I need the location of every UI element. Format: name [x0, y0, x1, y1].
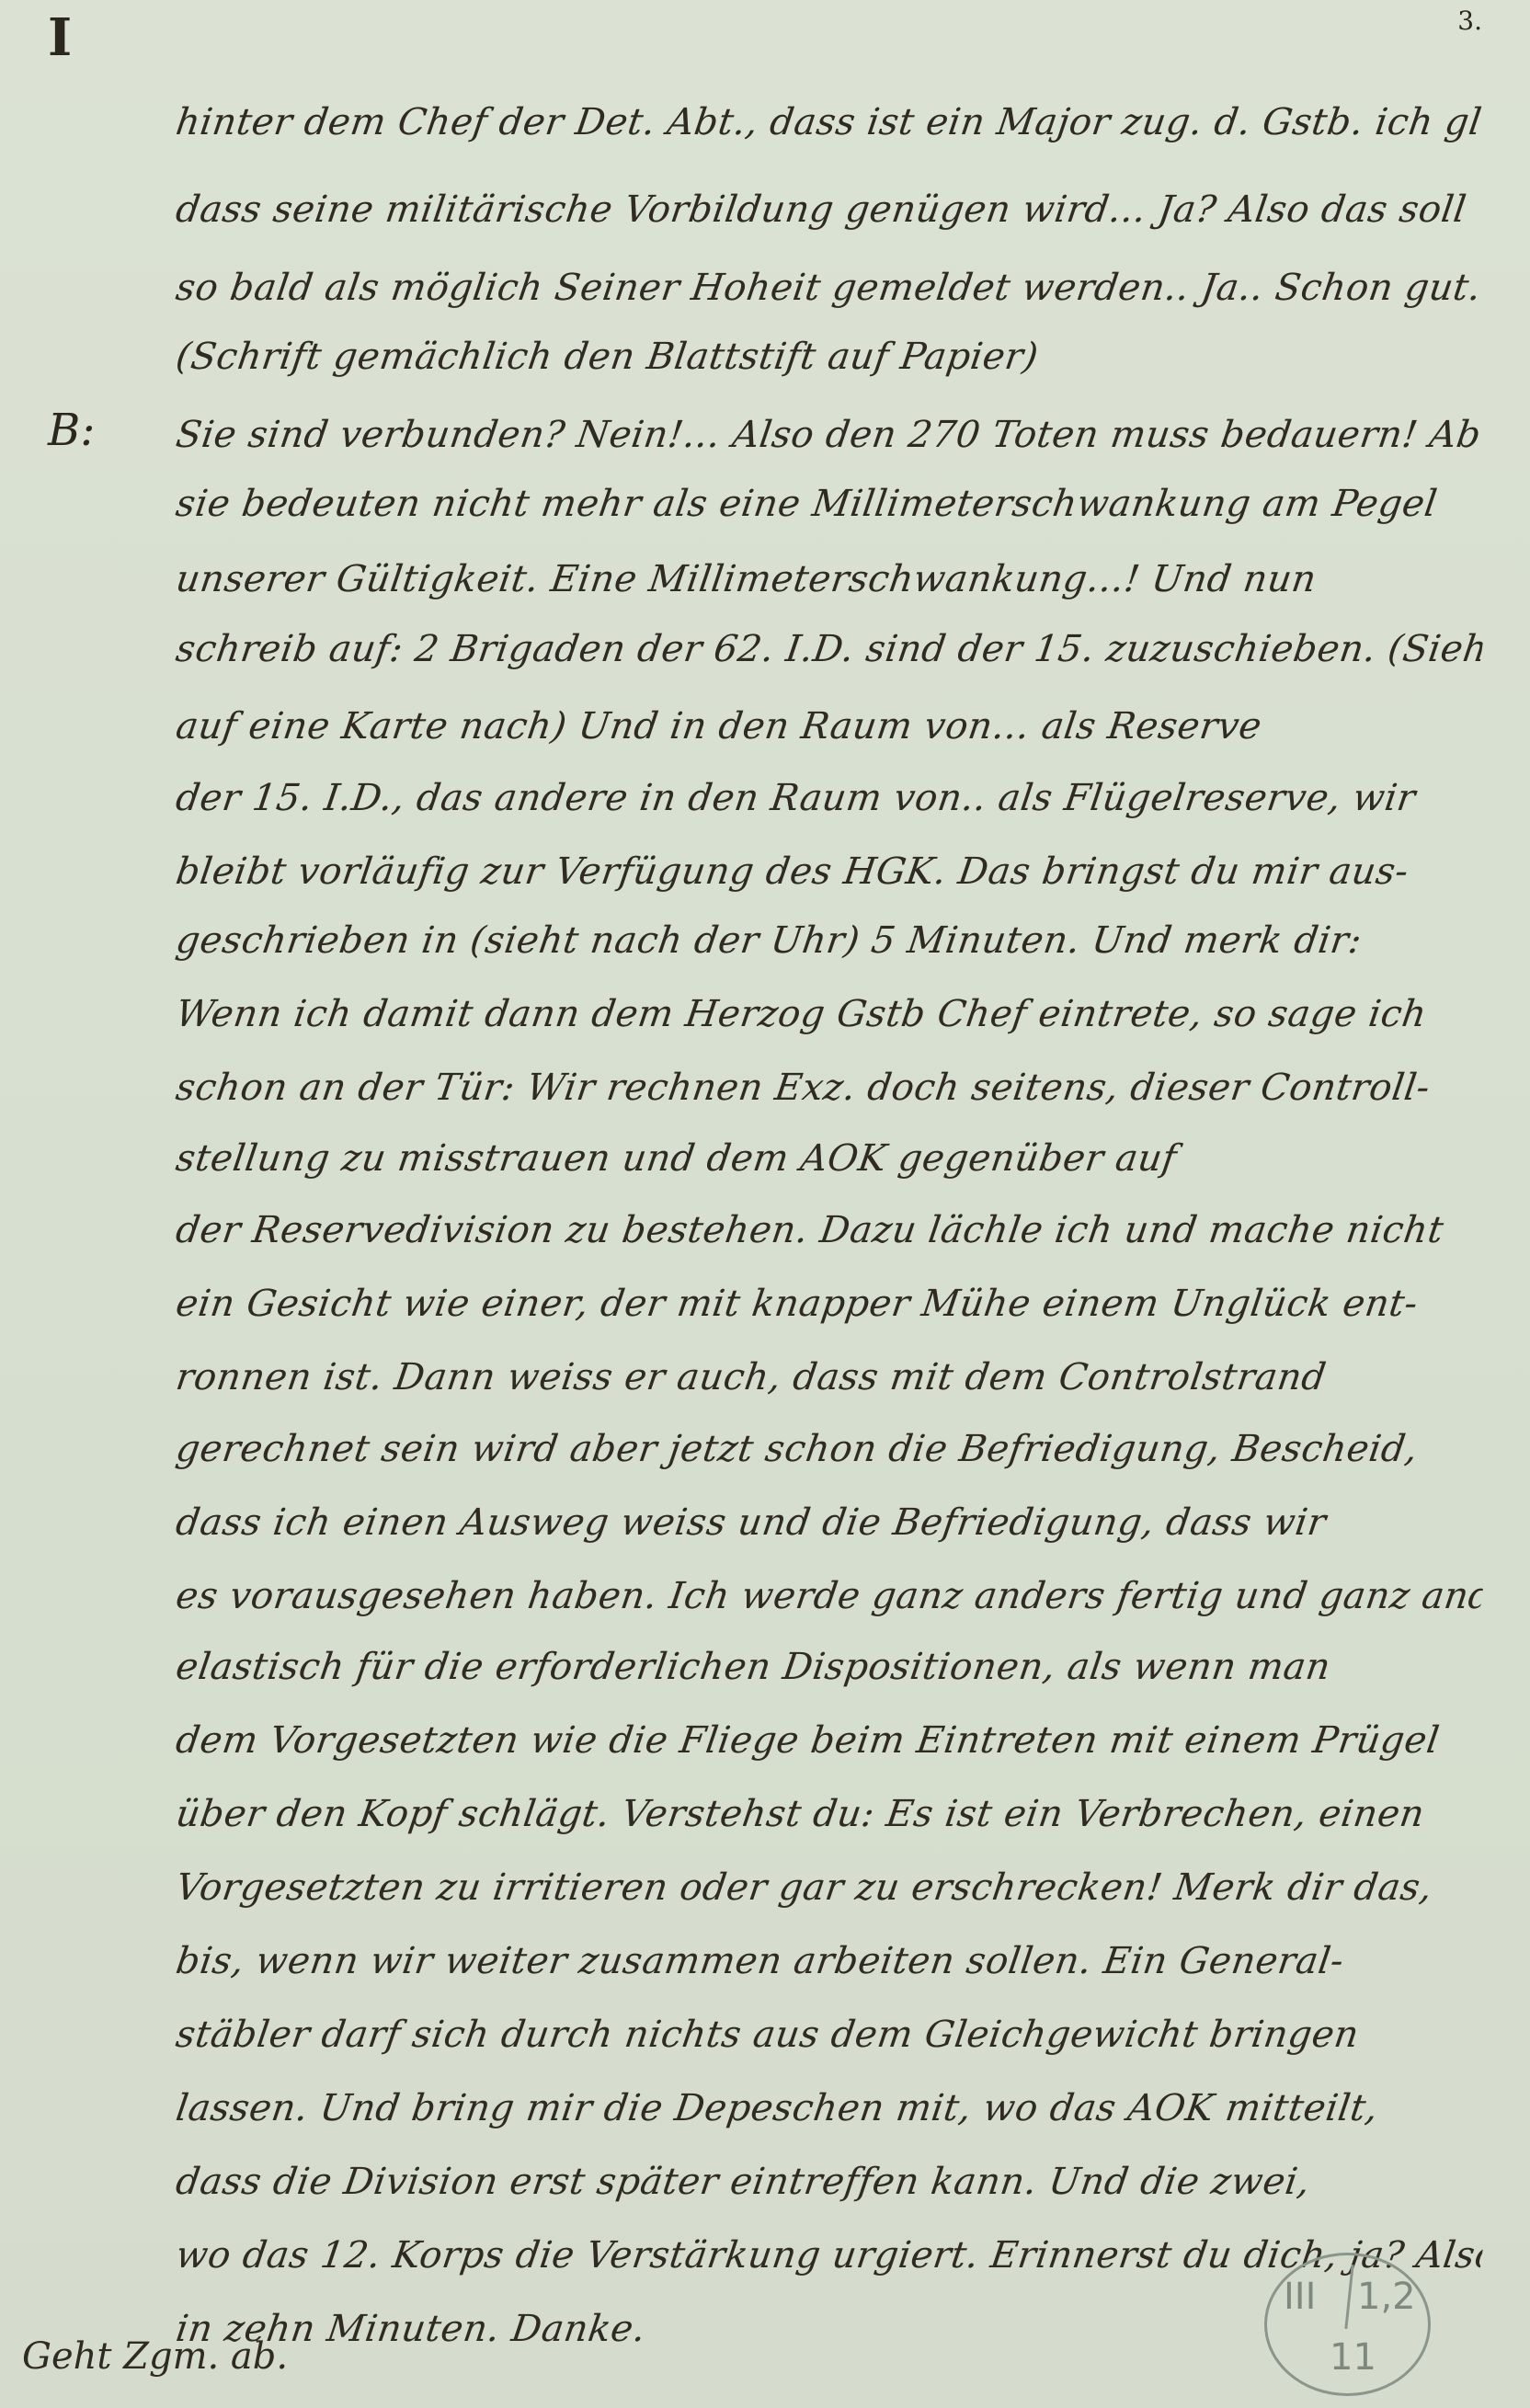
- archive-stamp: III 1,2 11: [1264, 2253, 1431, 2396]
- stamp-volume: III: [1284, 2276, 1316, 2318]
- speaker-label: B:: [48, 405, 95, 456]
- stamp-slash: [1344, 2265, 1353, 2329]
- section-marker: I: [48, 7, 72, 68]
- stamp-sheet: 11: [1330, 2336, 1376, 2379]
- manuscript-line: hinter dem Chef der Det. Abt., dass ist …: [170, 78, 1488, 166]
- stamp-folder: 1,2: [1357, 2276, 1416, 2318]
- page-number: 3.: [1457, 6, 1482, 36]
- manuscript-line: dass seine militärische Vorbildung genüg…: [170, 165, 1488, 254]
- manuscript-line: (Schrift gemächlich den Blattstift auf P…: [170, 313, 1488, 401]
- closing-stage-direction: Geht Zgm. ab.: [22, 2335, 288, 2378]
- manuscript-line: schreib auf: 2 Brigaden der 62. I.D. sin…: [170, 605, 1488, 693]
